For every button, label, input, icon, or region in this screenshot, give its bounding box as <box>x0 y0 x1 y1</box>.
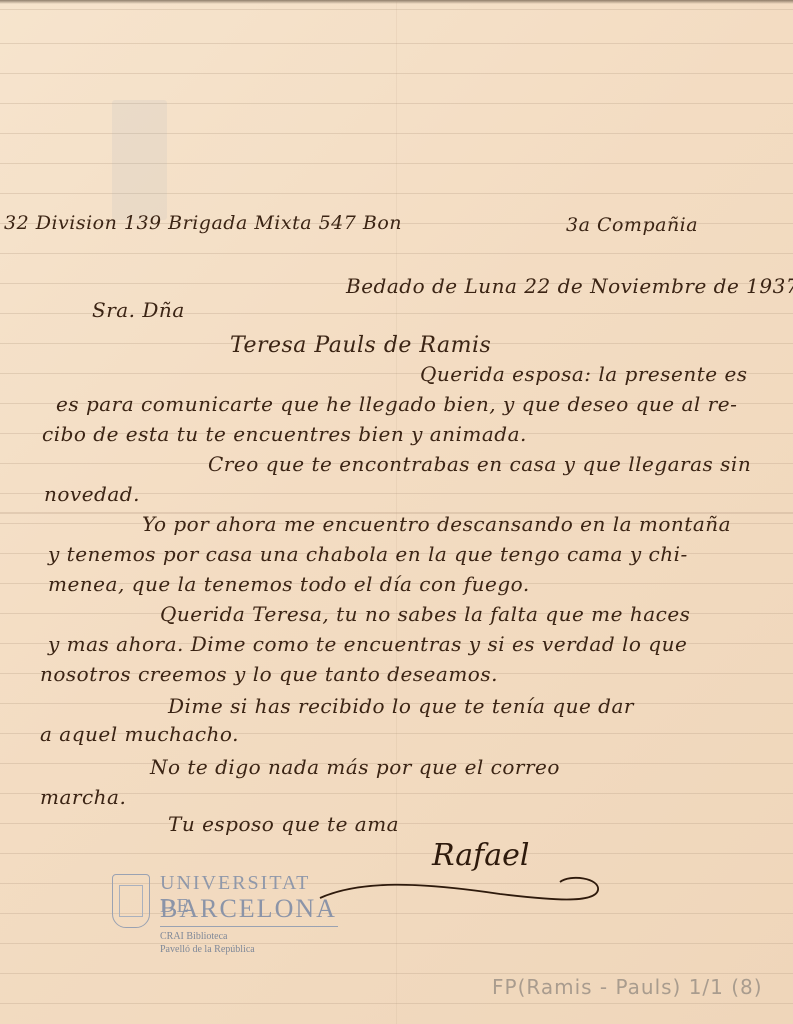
archive-reference: FP(Ramis - Pauls) 1/1 (8) <box>492 975 763 999</box>
place-date: Bedado de Luna 22 de Noviembre de 1937 <box>346 274 793 298</box>
stamp-subline-2: Pavelló de la República <box>160 944 255 955</box>
body-line: Querida Teresa, tu no sabes la falta que… <box>160 602 690 626</box>
stamp-line-2: BARCELONA <box>160 894 337 924</box>
body-line: nosotros creemos y lo que tanto deseamos… <box>40 662 498 686</box>
body-line: marcha. <box>40 785 126 809</box>
body-line: cibo de esta tu te encuentres bien y ani… <box>42 422 527 446</box>
closing: Tu esposo que te ama <box>168 812 399 836</box>
body-line: a aquel muchacho. <box>40 722 239 746</box>
signature-flourish <box>300 860 620 920</box>
stamp-subline-1: CRAI Biblioteca <box>160 931 228 942</box>
bleed-through-stamp <box>112 100 167 220</box>
salutation-title: Sra. Dña <box>92 298 185 322</box>
recipient-name: Teresa Pauls de Ramis <box>230 333 491 358</box>
body-line: es para comunicarte que he llegado bien,… <box>56 392 737 416</box>
company-header: 3a Compañia <box>566 214 698 236</box>
stamp-divider <box>160 926 338 927</box>
body-line: novedad. <box>44 482 140 506</box>
letter-page: 32 Division 139 Brigada Mixta 547 Bon 3a… <box>0 0 793 1024</box>
unit-header: 32 Division 139 Brigada Mixta 547 Bon <box>4 212 402 234</box>
body-line: menea, que la tenemos todo el día con fu… <box>48 572 530 596</box>
library-stamp: UNIVERSITAT DE BARCELONA CRAI Biblioteca… <box>112 870 332 960</box>
body-line: Querida esposa: la presente es <box>420 362 748 386</box>
body-line: Dime si has recibido lo que te tenía que… <box>168 694 634 718</box>
body-line: y mas ahora. Dime como te encuentras y s… <box>48 632 687 656</box>
body-line: Creo que te encontrabas en casa y que ll… <box>208 452 751 476</box>
body-line: y tenemos por casa una chabola en la que… <box>48 542 688 566</box>
body-line: Yo por ahora me encuentro descansando en… <box>142 512 731 536</box>
university-crest-icon <box>112 874 150 928</box>
body-line: No te digo nada más por que el correo <box>150 755 560 779</box>
